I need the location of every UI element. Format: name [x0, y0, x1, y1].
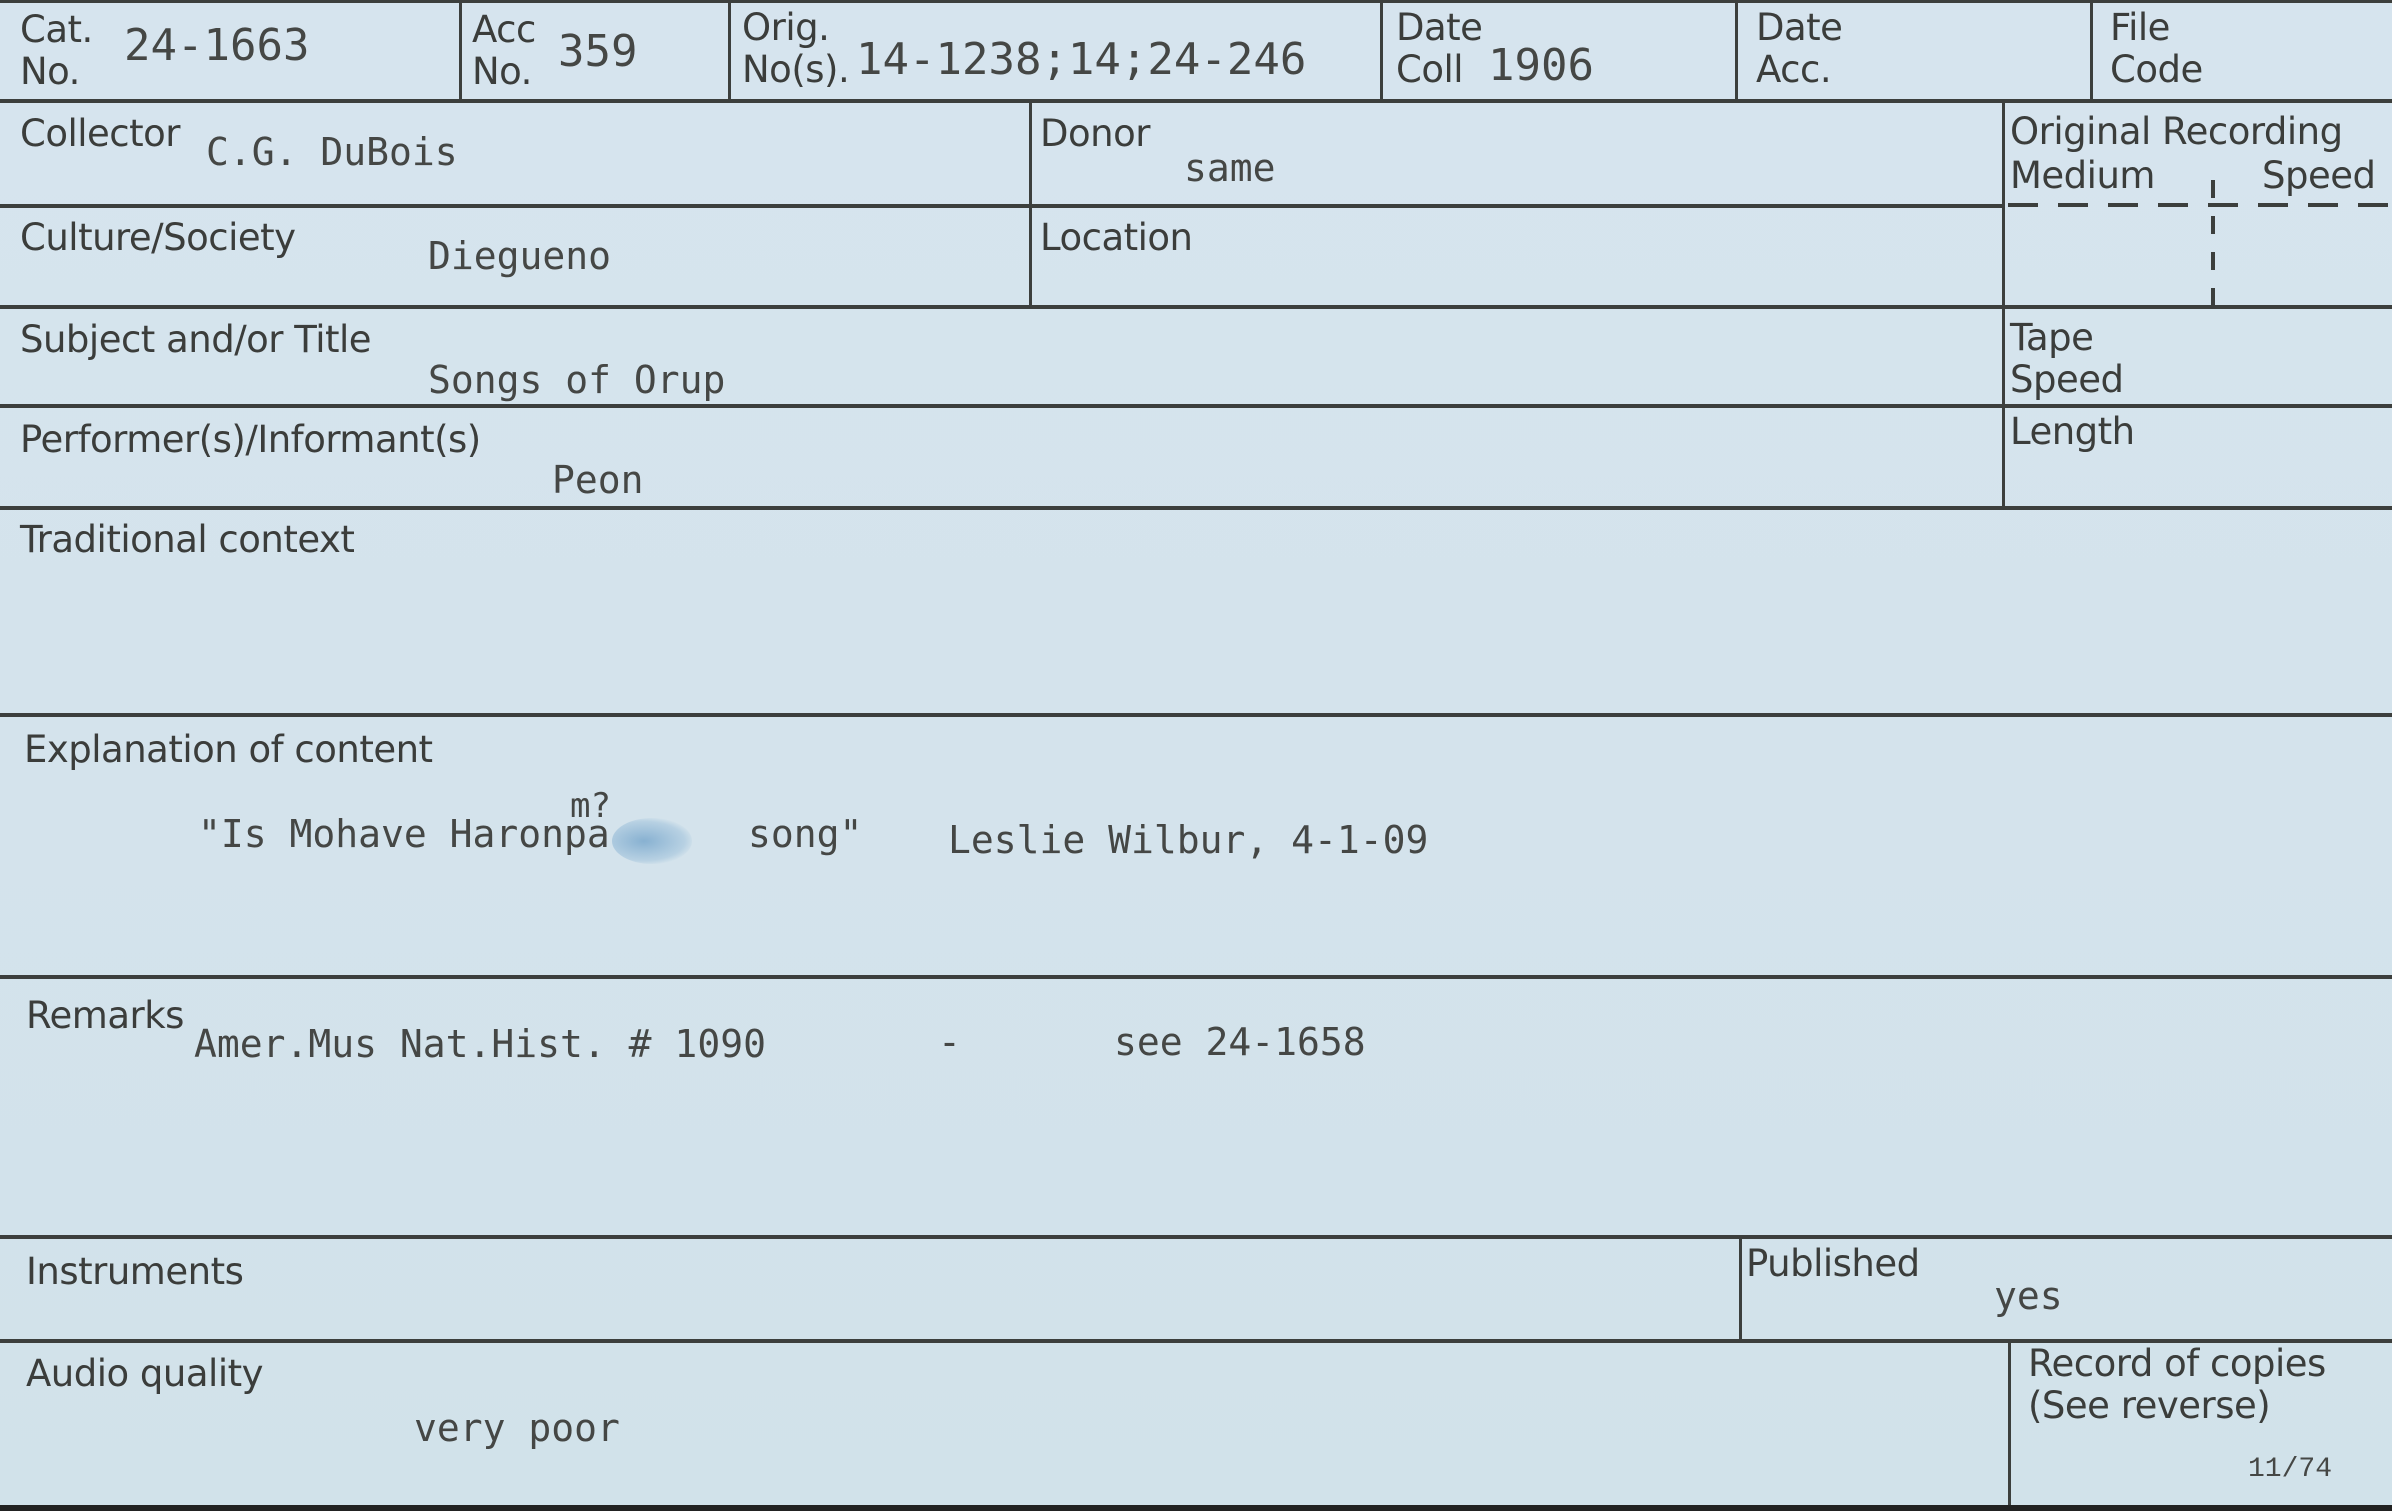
explanation-correction: m?: [570, 784, 611, 828]
performers-value: Peon: [552, 458, 644, 502]
acc-no-label: Acc: [472, 8, 536, 52]
ink-smudge: [612, 818, 692, 864]
tape-speed-label: Tape: [2010, 316, 2093, 360]
divider: [0, 713, 2392, 717]
explanation-label: Explanation of content: [24, 728, 433, 772]
performers-label: Performer(s)/Informant(s): [20, 418, 481, 462]
remarks-value-2: see 24-1658: [1114, 1020, 1366, 1064]
collector-label: Collector: [20, 112, 180, 156]
tape-speed-label-line2: Speed: [2010, 358, 2124, 402]
divider: [1029, 100, 1032, 306]
collector-value: C.G. DuBois: [206, 130, 458, 174]
divider: [2002, 100, 2005, 508]
published-label: Published: [1746, 1242, 1920, 1286]
divider: [728, 0, 731, 100]
published-value: yes: [1994, 1274, 2063, 1318]
audio-quality-label: Audio quality: [26, 1352, 263, 1396]
date-acc-label: Date: [1756, 6, 1842, 50]
form-revision-date: 11/74: [2248, 1454, 2332, 1485]
culture-society-value: Diegueno: [428, 234, 611, 278]
divider: [1739, 1237, 1742, 1341]
orig-nos-label: Orig.: [742, 6, 829, 50]
original-recording-label: Original Recording: [2010, 110, 2343, 154]
explanation-quote: "Is Mohave Haronpa: [198, 812, 610, 856]
explanation-attribution: Leslie Wilbur, 4-1-09: [948, 818, 1428, 862]
acc-no-label-line2: No.: [472, 50, 532, 94]
length-label: Length: [2010, 410, 2135, 454]
divider: [0, 1235, 2392, 1239]
divider: [1735, 0, 1738, 100]
file-code-label-line2: Code: [2110, 48, 2203, 92]
catalog-card: Cat. No. 24-1663 Acc No. 359 Orig. No(s)…: [0, 0, 2392, 1511]
speed-label: Speed: [2262, 154, 2376, 198]
audio-quality-value: very poor: [414, 1406, 620, 1450]
cat-no-value: 24-1663: [124, 24, 309, 68]
divider: [2090, 0, 2093, 100]
divider: [0, 204, 2003, 208]
explanation-quote-end: song": [748, 812, 862, 856]
divider-dashed: [2008, 203, 2392, 207]
divider: [0, 0, 2392, 3]
date-acc-label-line2: Acc.: [1756, 48, 1831, 92]
record-of-copies-label: Record of copies: [2028, 1342, 2326, 1386]
file-code-label: File: [2110, 6, 2170, 50]
instruments-label: Instruments: [26, 1250, 243, 1294]
subject-title-label: Subject and/or Title: [20, 318, 371, 362]
remarks-dash: -: [938, 1020, 961, 1064]
subject-title-value: Songs of Orup: [428, 358, 725, 402]
date-coll-label: Date: [1396, 6, 1482, 50]
divider: [1380, 0, 1383, 100]
date-coll-label-line2: Coll: [1396, 48, 1463, 92]
remarks-value-1: Amer.Mus Nat.Hist. # 1090: [194, 1022, 766, 1066]
record-of-copies-label-line2: (See reverse): [2028, 1384, 2270, 1428]
divider: [0, 99, 2392, 103]
donor-label: Donor: [1040, 112, 1150, 156]
acc-no-value: 359: [558, 30, 637, 74]
culture-society-label: Culture/Society: [20, 216, 296, 260]
orig-nos-value: 14-1238;14;24-246: [856, 38, 1306, 82]
divider: [2008, 1340, 2011, 1511]
traditional-context-label: Traditional context: [20, 518, 354, 562]
remarks-label: Remarks: [26, 994, 184, 1038]
cat-no-label-line2: No.: [20, 50, 80, 94]
location-label: Location: [1040, 216, 1193, 260]
divider: [0, 404, 2392, 408]
orig-nos-label-line2: No(s).: [742, 48, 849, 92]
divider: [0, 305, 2392, 309]
divider: [0, 975, 2392, 979]
divider: [459, 0, 462, 100]
divider: [0, 506, 2392, 510]
divider-dashed: [2211, 180, 2215, 306]
cat-no-label: Cat.: [20, 8, 93, 52]
donor-value: same: [1184, 146, 1276, 190]
divider: [0, 1505, 2392, 1511]
medium-label: Medium: [2010, 154, 2155, 198]
date-coll-value: 1906: [1488, 44, 1594, 88]
